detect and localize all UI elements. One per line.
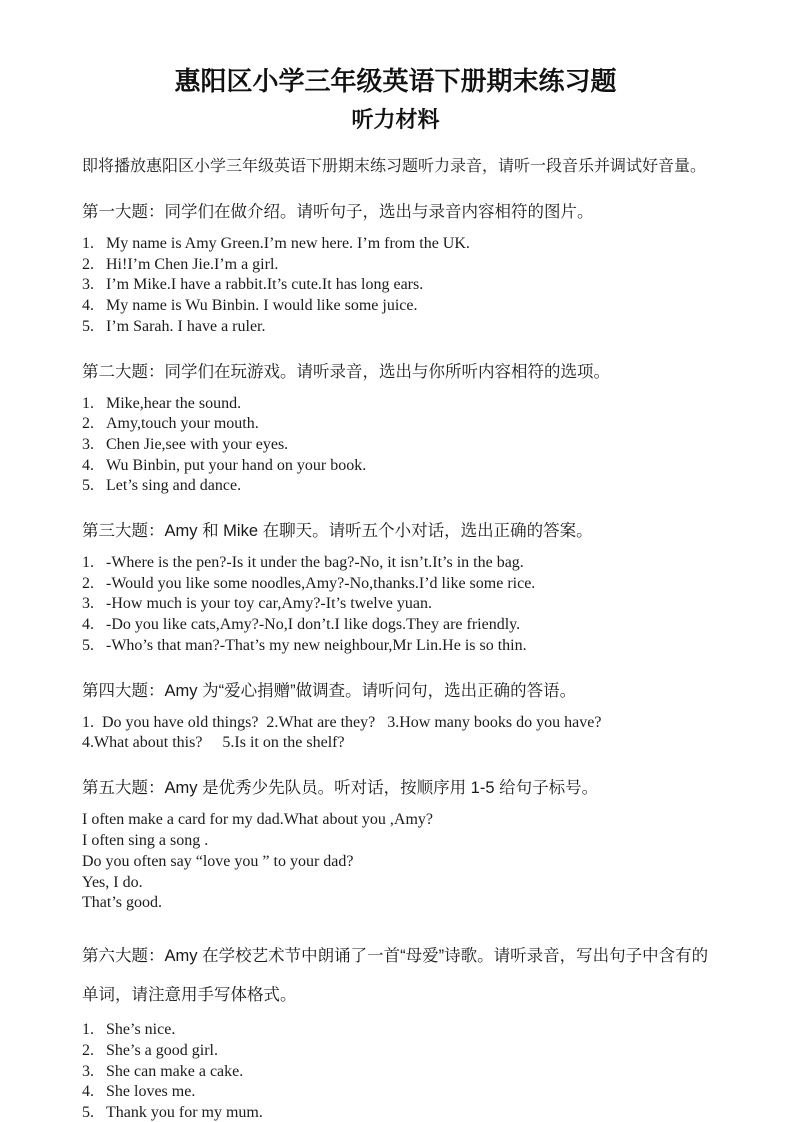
- section-6: 第六大题：Amy 在学校艺术节中朗诵了一首“母爱”诗歌。请听录音，写出句子中含有…: [82, 937, 709, 1122]
- list-item: I often make a card for my dad.What abou…: [82, 810, 709, 831]
- section-3-list: -Where is the pen?-Is it under the bag?-…: [82, 553, 709, 657]
- list-item: Wu Binbin, put your hand on your book.: [82, 456, 709, 477]
- section-1: 第一大题：同学们在做介绍。请听句子，选出与录音内容相符的图片。 My name …: [82, 201, 709, 338]
- list-item: She can make a cake.: [82, 1062, 709, 1083]
- section-2-heading: 第二大题：同学们在玩游戏。请听录音，选出与你所听内容相符的选项。: [82, 361, 709, 383]
- list-item: I’m Sarah. I have a ruler.: [82, 317, 709, 338]
- section-5-dialogue: I often make a card for my dad.What abou…: [82, 810, 709, 914]
- section-1-list: My name is Amy Green.I’m new here. I’m f…: [82, 234, 709, 338]
- section-2-list: Mike,hear the sound.Amy,touch your mouth…: [82, 394, 709, 498]
- section-2: 第二大题：同学们在玩游戏。请听录音，选出与你所听内容相符的选项。 Mike,he…: [82, 361, 709, 498]
- list-item: She’s a good girl.: [82, 1041, 709, 1062]
- section-3-heading: 第三大题：Amy 和 Mike 在聊天。请听五个小对话，选出正确的答案。: [82, 520, 709, 542]
- list-item: Chen Jie,see with your eyes.: [82, 435, 709, 456]
- list-item: She loves me.: [82, 1082, 709, 1103]
- section-1-heading: 第一大题：同学们在做介绍。请听句子，选出与录音内容相符的图片。: [82, 201, 709, 223]
- list-item: -Would you like some noodles,Amy?-No,tha…: [82, 574, 709, 595]
- intro-paragraph: 即将播放惠阳区小学三年级英语下册期末练习题听力录音，请听一段音乐并调试好音量。: [82, 156, 709, 178]
- list-item: My name is Amy Green.I’m new here. I’m f…: [82, 234, 709, 255]
- list-item: Hi!I’m Chen Jie.I’m a girl.: [82, 255, 709, 276]
- list-item: 1. Do you have old things? 2.What are th…: [82, 713, 709, 734]
- section-4: 第四大题：Amy 为“爱心捐赠”做调查。请听问句，选出正确的答语。 1. Do …: [82, 680, 709, 755]
- section-6-heading: 第六大题：Amy 在学校艺术节中朗诵了一首“母爱”诗歌。请听录音，写出句子中含有…: [82, 937, 709, 1015]
- list-item: Do you often say “love you ” to your dad…: [82, 852, 709, 873]
- list-item: -Do you like cats,Amy?-No,I don’t.I like…: [82, 615, 709, 636]
- list-item: My name is Wu Binbin. I would like some …: [82, 296, 709, 317]
- list-item: I’m Mike.I have a rabbit.It’s cute.It ha…: [82, 275, 709, 296]
- document-subtitle: 听力材料: [82, 106, 709, 134]
- list-item: I often sing a song .: [82, 831, 709, 852]
- list-item: Yes, I do.: [82, 873, 709, 894]
- section-6-list: She’s nice.She’s a good girl.She can mak…: [82, 1020, 709, 1122]
- list-item: That’s good.: [82, 893, 709, 914]
- section-4-heading: 第四大题：Amy 为“爱心捐赠”做调查。请听问句，选出正确的答语。: [82, 680, 709, 702]
- document-page: 惠阳区小学三年级英语下册期末练习题 听力材料 即将播放惠阳区小学三年级英语下册期…: [0, 0, 793, 1122]
- document-title: 惠阳区小学三年级英语下册期末练习题: [82, 64, 709, 98]
- list-item: -Who’s that man?-That’s my new neighbour…: [82, 636, 709, 657]
- list-item: -Where is the pen?-Is it under the bag?-…: [82, 553, 709, 574]
- list-item: She’s nice.: [82, 1020, 709, 1041]
- list-item: -How much is your toy car,Amy?-It’s twel…: [82, 594, 709, 615]
- section-5: 第五大题：Amy 是优秀少先队员。听对话，按顺序用 1-5 给句子标号。 I o…: [82, 777, 709, 914]
- section-5-heading: 第五大题：Amy 是优秀少先队员。听对话，按顺序用 1-5 给句子标号。: [82, 777, 709, 799]
- list-item: Mike,hear the sound.: [82, 394, 709, 415]
- section-3: 第三大题：Amy 和 Mike 在聊天。请听五个小对话，选出正确的答案。 -Wh…: [82, 520, 709, 657]
- list-item: 4.What about this? 5.Is it on the shelf?: [82, 733, 709, 754]
- section-4-paragraph: 1. Do you have old things? 2.What are th…: [82, 713, 709, 755]
- list-item: Amy,touch your mouth.: [82, 414, 709, 435]
- list-item: Let’s sing and dance.: [82, 476, 709, 497]
- list-item: Thank you for my mum.: [82, 1103, 709, 1122]
